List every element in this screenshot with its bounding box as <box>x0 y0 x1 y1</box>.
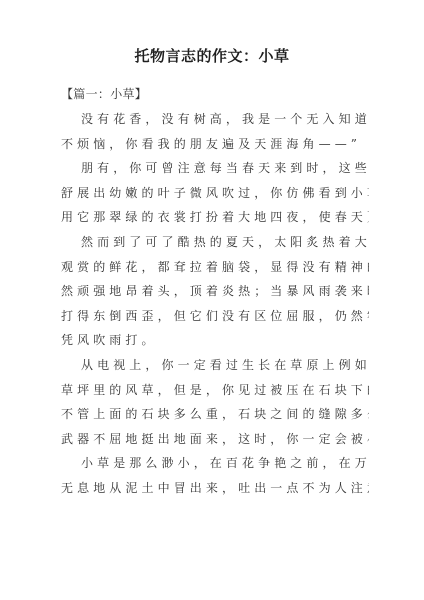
document-page: 托物言志的作文：小草 【篇一：小草】 没有花香，没有树高，我是一个无入知道的小草… <box>0 0 424 600</box>
text-line: 没有花香，没有树高，我是一个无入知道的小草，从不寂寞，从 <box>61 107 369 132</box>
text-line: 不管上面的石块多么重，石块之间的缝隙多么窄，总是曲曲折折地， <box>61 402 369 427</box>
section-heading: 【篇一：小草】 <box>61 82 369 106</box>
text-line: 观赏的鲜花，都耷拉着脑袋，显得没有精神的时和候，这些小草却仍 <box>61 255 369 280</box>
text-line: 朋有，你可曾注意每当春天来到时，这些小草就悄悄地破土而出， <box>61 156 369 181</box>
text-line: 凭风吹雨打。 <box>61 328 369 353</box>
text-line: 武器不屈地挺出地面来，这时，你一定会被小草那顽强的精神所感动。 <box>61 427 369 452</box>
paragraph: 从电视上，你一定看过生长在草原上例如地毯的青草生长在柔软 草坪里的风草，但是，你… <box>61 353 369 451</box>
text-line: 不烦恼，你看我的朋友遍及天涯海角——” <box>61 132 369 157</box>
document-body: 【篇一：小草】 没有花香，没有树高，我是一个无入知道的小草，从不寂寞，从 不烦恼… <box>61 82 369 501</box>
text-line: 草坪里的风草，但是，你见过被压在石块下的小草吗！为了生长，它 <box>61 378 369 403</box>
text-line: 然顽强地昂着头，顶着炎热；当暴风雨袭来时候，虽然小草被风雨吹 <box>61 279 369 304</box>
paragraph: 朋有，你可曾注意每当春天来到时，这些小草就悄悄地破土而出， 舒展出幼嫩的叶子微风… <box>61 156 369 230</box>
paragraph: 小草是那么渺小，在百花争艳之前，在万木爆青之际，小草无声 无息地从泥土中冒出来，… <box>61 451 369 500</box>
text-line: 然而到了可了酷热的夏天，太阳炙热着大地那些在春天里被人们 <box>61 230 369 255</box>
text-line: 小草是那么渺小，在百花争艳之前，在万木爆青之际，小草无声 <box>61 451 369 476</box>
paragraph: 然而到了可了酷热的夏天，太阳炙热着大地那些在春天里被人们 观赏的鲜花，都耷拉着脑… <box>61 230 369 353</box>
text-line: 从电视上，你一定看过生长在草原上例如地毯的青草生长在柔软 <box>61 353 369 378</box>
text-line: 舒展出幼嫩的叶子微风吹过，你仿佛看到小草在向你鞠躬致意，小草， <box>61 181 369 206</box>
document-title: 托物言志的作文：小草 <box>0 45 424 67</box>
text-line: 打得东倒西歪，但它们没有区位屈服，仍然牢固地扎根在泥土里，任 <box>61 304 369 329</box>
text-line: 用它那翠绿的衣裳打扮着大地四夜，使春天更加美丽，迷人。 <box>61 205 369 230</box>
text-line: 无息地从泥土中冒出来，吐出一点不为人注意的春天的绿色，小草是 <box>61 476 369 501</box>
paragraph: 没有花香，没有树高，我是一个无入知道的小草，从不寂寞，从 不烦恼，你看我的朋友遍… <box>61 107 369 156</box>
